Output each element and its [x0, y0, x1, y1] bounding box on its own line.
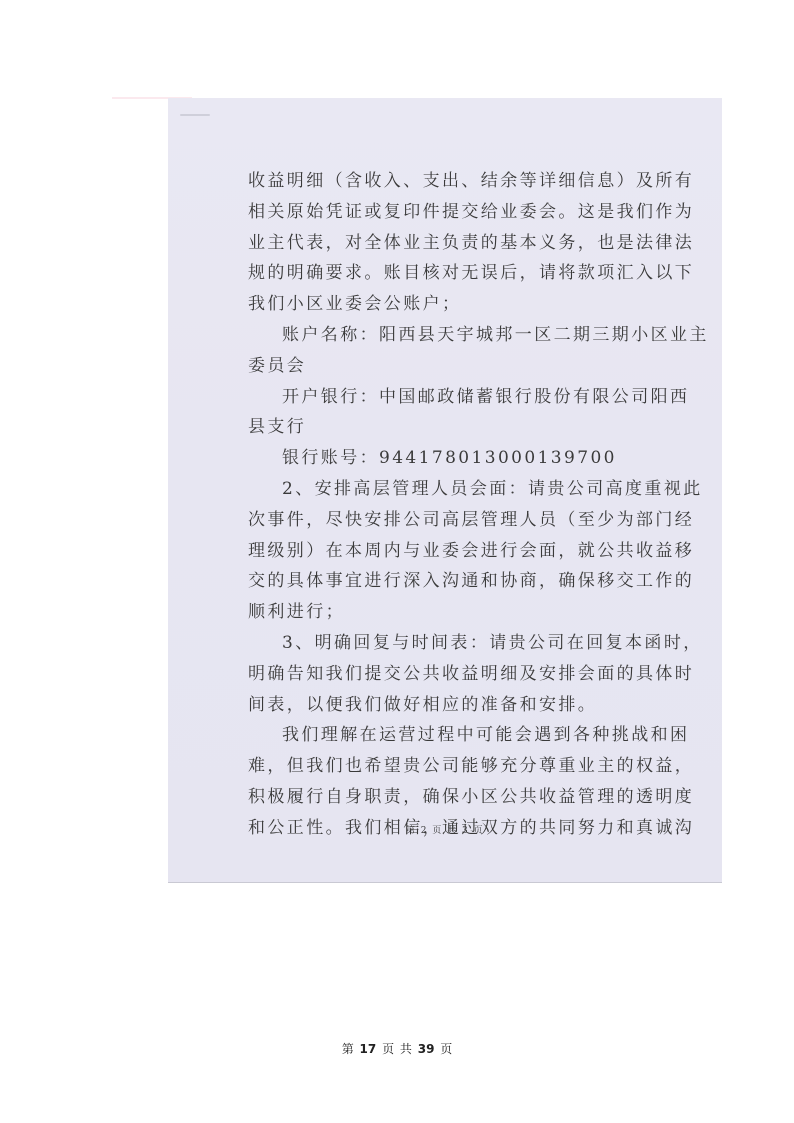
letter-line: 间表，以便我们做好相应的准备和安排。	[248, 690, 634, 721]
closing-paragraph-line: 我们理解在运营过程中可能会遇到各种挑战和困	[248, 720, 634, 751]
letter-line: 相关原始凭证或复印件提交给业委会。这是我们作为	[248, 197, 634, 228]
letter-line: 难，但我们也希望贵公司能够充分尊重业主的权益，	[248, 751, 634, 782]
letter-body: 收益明细（含收入、支出、结余等详细信息）及所有 相关原始凭证或复印件提交给业委会…	[248, 166, 634, 844]
bank-account-number-line: 银行账号：944178013000139700	[248, 443, 634, 474]
letter-line: 收益明细（含收入、支出、结余等详细信息）及所有	[248, 166, 634, 197]
letter-line: 业主代表，对全体业主负责的基本义务，也是法律法	[248, 228, 634, 259]
total-page-count: 39	[418, 1042, 435, 1056]
document-page-number: 第 17 页 共 39 页	[0, 1040, 794, 1057]
bank-name-line: 开户银行：中国邮政储蓄银行股份有限公司阳西	[248, 382, 634, 413]
scan-scratch-mark	[180, 114, 210, 116]
letter-line: 次事件，尽快安排公司高层管理人员（至少为部门经	[248, 505, 634, 536]
letter-line: 理级别）在本周内与业委会进行会面，就公共收益移	[248, 536, 634, 567]
letter-line: 委员会	[248, 351, 634, 382]
account-name-line: 账户名称：阳西县天宇城邦一区二期三期小区业主	[248, 320, 634, 351]
letter-line: 县支行	[248, 412, 634, 443]
current-page-number: 17	[360, 1042, 377, 1056]
letter-line: 顺利进行；	[248, 597, 634, 628]
item-2-heading-line: 2、安排高层管理人员会面：请贵公司高度重视此	[248, 474, 634, 505]
letter-line: 交的具体事宜进行深入沟通和协商，确保移交工作的	[248, 566, 634, 597]
page-label-prefix: 第	[342, 1042, 354, 1056]
page-label-middle: 页 共	[382, 1042, 412, 1056]
scanned-letter-page: 收益明细（含收入、支出、结余等详细信息）及所有 相关原始凭证或复印件提交给业委会…	[168, 98, 722, 883]
letter-line: 积极履行自身职责，确保小区公共收益管理的透明度	[248, 782, 634, 813]
item-3-heading-line: 3、明确回复与时间表：请贵公司在回复本函时，	[248, 628, 634, 659]
letter-line: 规的明确要求。账目核对无误后，请将款项汇入以下	[248, 258, 634, 289]
letter-line: 我们小区业委会公账户；	[248, 289, 634, 320]
letter-line: 明确告知我们提交公共收益明细及安排会面的具体时	[248, 659, 634, 690]
scanned-page-number: 第 2 页 共 3 页	[168, 823, 722, 836]
page-label-suffix: 页	[440, 1042, 452, 1056]
